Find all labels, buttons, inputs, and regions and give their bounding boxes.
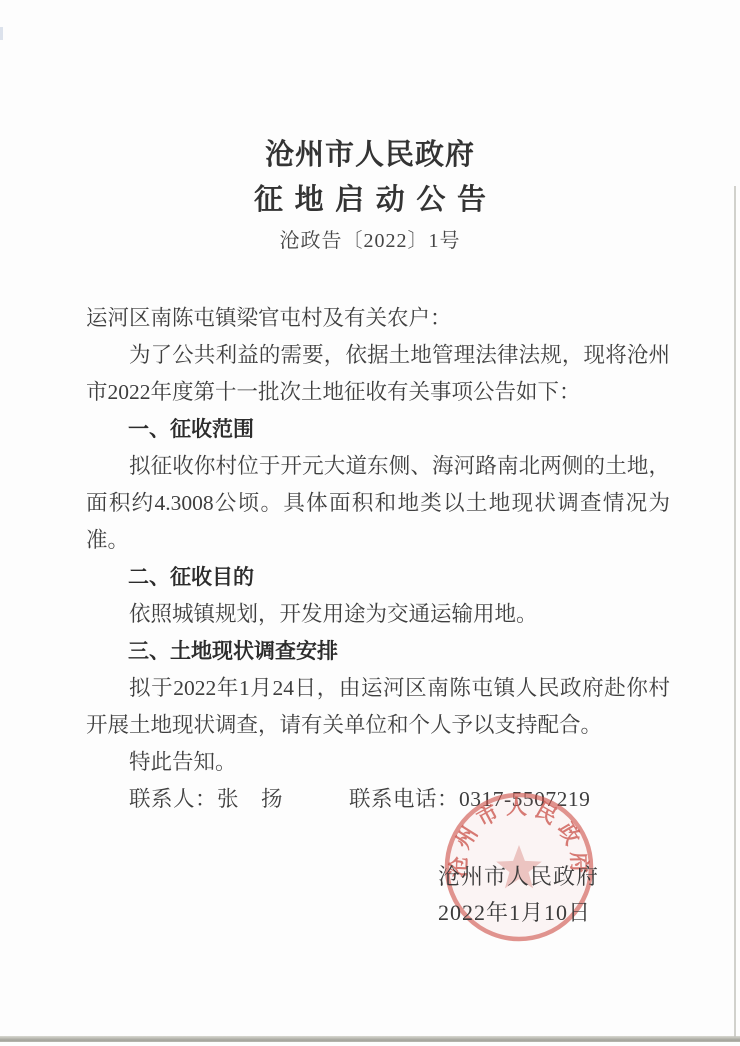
section-1-text: 拟征收你村位于开元大道东侧、海河路南北两侧的土地，面积约4.3008公顷。具体面…	[86, 448, 670, 559]
salutation: 运河区南陈屯镇梁官屯村及有关农户：	[86, 300, 670, 337]
scan-artifact	[0, 27, 3, 40]
signature-block: 沧州市人民政府 2022年1月10日	[438, 859, 599, 931]
section-3-heading: 三、土地现状调查安排	[86, 633, 670, 670]
closing-line: 特此告知。	[86, 744, 670, 781]
section-1-heading: 一、征收范围	[86, 411, 670, 448]
doc-number: 沧政告〔2022〕1号	[0, 229, 740, 253]
intro-paragraph: 为了公共利益的需要，依据土地管理法律法规，现将沧州市2022年度第十一批次土地征…	[86, 337, 670, 411]
signature-name: 沧州市人民政府	[438, 859, 599, 895]
scan-shadow-bottom	[0, 1036, 740, 1042]
org-title: 沧州市人民政府	[0, 140, 740, 170]
document-header: 沧州市人民政府 征地启动公告 沧政告〔2022〕1号	[0, 0, 740, 253]
signature-date: 2022年1月10日	[438, 895, 599, 931]
notice-title: 征地启动公告	[0, 185, 740, 216]
scan-shadow-right	[734, 186, 736, 1037]
document-body: 运河区南陈屯镇梁官屯村及有关农户： 为了公共利益的需要，依据土地管理法律法规，现…	[86, 300, 670, 818]
section-2-text: 依照城镇规划，开发用途为交通运输用地。	[86, 596, 670, 633]
document-page: 沧州市人民政府 征地启动公告 沧政告〔2022〕1号 运河区南陈屯镇梁官屯村及有…	[0, 0, 740, 1046]
section-3-text: 拟于2022年1月24日，由运河区南陈屯镇人民政府赴你村开展土地现状调查，请有关…	[86, 670, 670, 744]
section-2-heading: 二、征收目的	[86, 559, 670, 596]
